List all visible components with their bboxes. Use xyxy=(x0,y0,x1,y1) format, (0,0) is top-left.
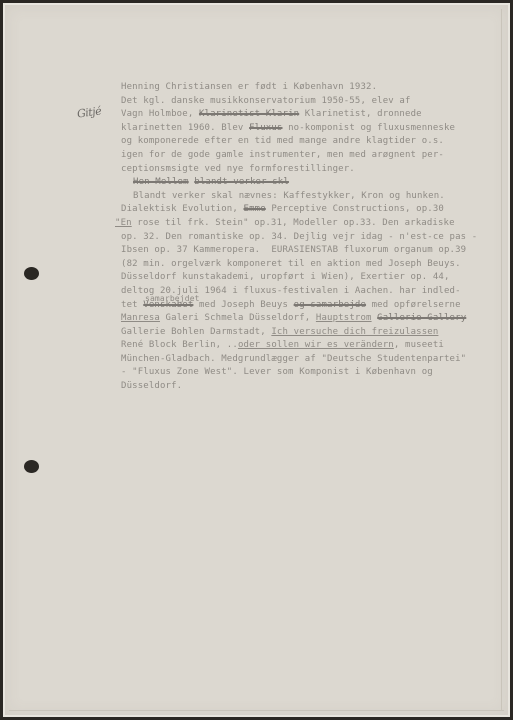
text-line: "En rose til frk. Stein" op.31, Modeller… xyxy=(115,217,501,231)
text-segment: Blandt verker skal nævnes: Kaffestykker,… xyxy=(133,191,445,201)
text-line: igen for de gode gamle instrumenter, men… xyxy=(121,149,501,163)
text-line: Blandt verker skal nævnes: Kaffestykker,… xyxy=(133,190,501,204)
text-segment: Dialektisk Evolution, xyxy=(121,204,244,214)
text-line: Dialektisk Evolution, Emme Perceptive Co… xyxy=(121,203,501,217)
text-segment: München-Gladbach. Medgrundlægger af "Deu… xyxy=(121,354,466,364)
struck-text: Emme xyxy=(244,204,266,214)
text-line: Det kgl. danske musikkonservatorium 1950… xyxy=(121,95,501,109)
text-segment: tet xyxy=(121,300,143,310)
underlined-text: "En xyxy=(115,218,132,228)
underlined-text: Hauptstrom xyxy=(316,313,372,323)
text-line: samarbejdettet Venskabet med Joseph Beuy… xyxy=(121,299,501,313)
text-segment: ceptionsmsigte ved nye formforestillinge… xyxy=(121,164,355,174)
text-line: og komponerede efter en tid med mange an… xyxy=(121,135,501,149)
text-segment: op. 32. Den romantiske op. 34. Dejlig ve… xyxy=(121,232,477,242)
text-line: Hen Mellem blandt verker skl xyxy=(133,176,501,190)
punch-hole xyxy=(24,267,39,280)
text-segment: Henning Christiansen er født i København… xyxy=(121,82,377,92)
text-line: op. 32. Den romantiske op. 34. Dejlig ve… xyxy=(121,231,501,245)
text-line: Düsseldorf kunstakademi, uropført i Wien… xyxy=(121,271,501,285)
text-line: ceptionsmsigte ved nye formforestillinge… xyxy=(121,163,501,177)
text-line: Düsseldorf. xyxy=(121,380,501,394)
underlined-text: oder sollen wir es verändern xyxy=(238,340,394,350)
text-line: - "Fluxus Zone West". Lever som Komponis… xyxy=(121,366,501,380)
text-segment: Klarinetist, dronnede xyxy=(299,109,422,119)
struck-text: og samarbejde xyxy=(294,300,366,310)
text-segment: Ibsen op. 37 Kammeropera. EURASIENSTAB f… xyxy=(121,245,466,255)
text-segment: Galeri Schmela Düsseldorf, xyxy=(160,313,316,323)
struck-text: blandt verker skl xyxy=(194,177,289,187)
struck-text: Klarinetist Klarin xyxy=(199,109,299,119)
text-segment: , museeti xyxy=(394,340,444,350)
text-segment: Perceptive Constructions, op.30 xyxy=(266,204,444,214)
text-segment: klarinetten 1960. Blev xyxy=(121,123,249,133)
text-segment: Düsseldorf. xyxy=(121,381,182,391)
text-segment: René Block Berlin, .. xyxy=(121,340,238,350)
text-segment: no-komponist og fluxusmenneske xyxy=(283,123,456,133)
struck-text: Fluxus xyxy=(249,123,282,133)
text-segment: Vagn Holmboe, xyxy=(121,109,199,119)
text-line: Henning Christiansen er født i København… xyxy=(121,81,501,95)
text-segment: og komponerede efter en tid med mange an… xyxy=(121,136,444,146)
text-segment: igen for de gode gamle instrumenter, men… xyxy=(121,150,444,160)
typewritten-page: Gitjé Henning Christiansen er født i Køb… xyxy=(3,3,510,717)
text-segment: med opførelserne xyxy=(366,300,461,310)
text-segment: Det kgl. danske musikkonservatorium 1950… xyxy=(121,96,411,106)
text-segment: Gallerie Bohlen Darmstadt, xyxy=(121,327,271,337)
punch-hole xyxy=(24,460,39,473)
underlined-text: Ich versuche dich freizulassen xyxy=(271,327,438,337)
page-edge xyxy=(9,710,504,711)
page-edge xyxy=(501,9,502,711)
text-segment: rose til frk. Stein" op.31, Modeller op.… xyxy=(132,218,455,228)
handwritten-note: Gitjé xyxy=(76,104,102,120)
text-line: Vagn Holmboe, Klarinetist Klarin Klarine… xyxy=(121,108,501,122)
overtyped-correction: samarbejdet xyxy=(145,292,200,306)
struck-text: Hen Mellem xyxy=(133,177,189,187)
text-line: René Block Berlin, ..oder sollen wir es … xyxy=(121,339,501,353)
struck-text: Gallerie Gallery xyxy=(377,313,466,323)
text-line: klarinetten 1960. Blev Fluxus no-komponi… xyxy=(121,122,501,136)
text-line: Ibsen op. 37 Kammeropera. EURASIENSTAB f… xyxy=(121,244,501,258)
text-line: Gallerie Bohlen Darmstadt, Ich versuche … xyxy=(121,326,501,340)
underlined-text: Manresa xyxy=(121,313,160,323)
text-segment: - "Fluxus Zone West". Lever som Komponis… xyxy=(121,367,433,377)
text-segment: Düsseldorf kunstakademi, uropført i Wien… xyxy=(121,272,450,282)
text-line: Manresa Galeri Schmela Düsseldorf, Haupt… xyxy=(121,312,501,326)
text-segment: med Joseph Beuys xyxy=(193,300,293,310)
text-line: (82 min. orgelværk komponeret til en akt… xyxy=(121,258,501,272)
text-line: München-Gladbach. Medgrundlægger af "Deu… xyxy=(121,353,501,367)
text-segment: (82 min. orgelværk komponeret til en akt… xyxy=(121,259,461,269)
typewritten-text-body: Henning Christiansen er født i København… xyxy=(121,81,501,394)
